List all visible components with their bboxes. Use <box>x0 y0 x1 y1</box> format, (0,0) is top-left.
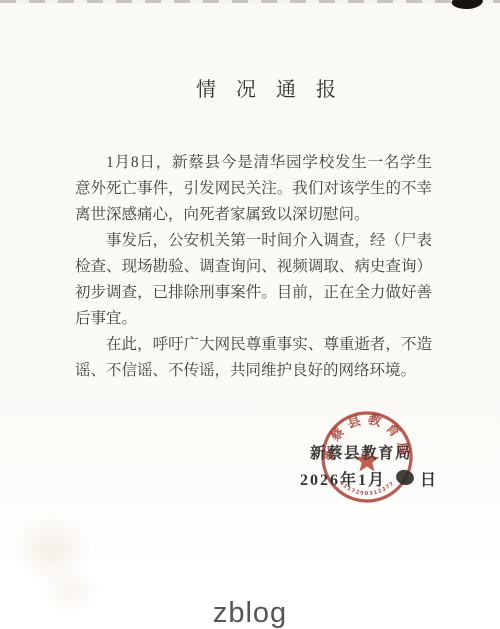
scanned-document-page: 情况通报 1月8日，新蔡县今是清华园学校发生一名学生 意外死亡事件，引发网民关注… <box>0 0 500 562</box>
body-line: 离世深感痛心，向死者家属致以深切慰问。 <box>75 202 432 228</box>
official-seal: 新蔡县教育局 4117290312377 新蔡县教育局 2026年1月 日 <box>287 397 447 523</box>
seal-date-prefix: 2026年1月 <box>300 470 386 489</box>
ink-blob <box>394 468 415 487</box>
seal-date-suffix: 日 <box>420 471 436 489</box>
document-title: 情况通报 <box>196 73 356 102</box>
body-line: 意外死亡事件，引发网民关注。我们对该学生的不幸 <box>75 176 432 202</box>
body-line: 初步调查，已排除刑事案件。目前，正在全力做好善 <box>75 280 432 306</box>
body-line: 后事宜。 <box>75 306 432 332</box>
body-line: 谣、不信谣、不传谣，共同维护良好的网络环境。 <box>75 358 432 384</box>
document-body: 1月8日，新蔡县今是清华园学校发生一名学生 意外死亡事件，引发网民关注。我们对该… <box>75 150 432 384</box>
body-line: 事发后，公安机关第一时间介入调查，经（尸表 <box>75 228 432 254</box>
seal-agency-name: 新蔡县教育局 <box>310 443 412 462</box>
body-line: 检查、现场勘验、调查询问、视频调取、病史查询） <box>75 254 432 280</box>
watermark-label: zblog <box>0 597 500 629</box>
body-line: 1月8日，新蔡县今是清华园学校发生一名学生 <box>75 150 432 176</box>
scan-artifact-corner-blob <box>450 0 484 9</box>
scan-artifact-top-line <box>0 0 500 3</box>
body-line: 在此，呼吁广大网民尊重事实、尊重逝者，不造 <box>75 332 432 358</box>
